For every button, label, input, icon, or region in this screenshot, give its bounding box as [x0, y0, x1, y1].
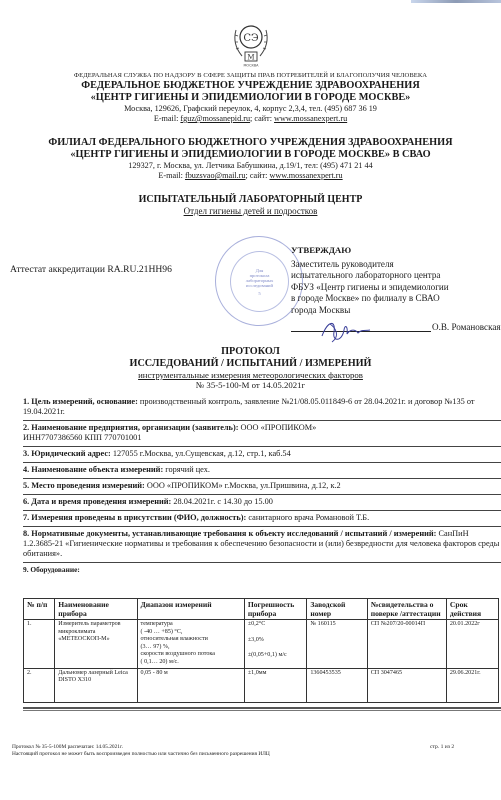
error-line: ±(0,05+0,1) м/с — [248, 652, 304, 660]
org-site-link[interactable]: www.mossanexpert.ru — [274, 114, 347, 123]
table-header-row: № п/п Наименование прибора Диапазон изме… — [24, 599, 499, 620]
section-value: горячий цех. — [163, 465, 210, 474]
approval-line: Заместитель руководителя — [291, 259, 491, 271]
branch-contacts: E-mail: fbuzsvao@mail.ru; сайт: www.moss… — [0, 171, 501, 181]
col-header-range: Диапазон измерений — [137, 599, 244, 620]
section-location: 5. Место проведения измерений: ООО «ПРОП… — [23, 479, 501, 495]
lab-stamp: Для протокола лабораторных исследований … — [215, 236, 303, 326]
stamp-text: исследований — [246, 283, 273, 288]
col-header-certificate: №свидетельства о поверке /аттестации — [367, 599, 446, 620]
stamp-center: Для протокола лабораторных исследований … — [230, 251, 289, 312]
cell-valid-until: 29.06.2021г. — [446, 668, 498, 702]
approval-line: испытательного лабораторного центра — [291, 270, 491, 282]
protocol-sections: 1. Цель измерений, основание: производст… — [23, 395, 501, 575]
cell-num: 2. — [24, 668, 55, 702]
cell-range: 0,05 - 80 м — [137, 668, 244, 702]
lab-department: Отдел гигиены детей и подростков — [0, 206, 501, 217]
branch-email-link[interactable]: fbuzsvao@mail.ru — [185, 171, 246, 180]
footer-printed: Протокол № 35-5-100М распечатан: 14.05.2… — [12, 744, 270, 751]
range-line: относительная влажности — [141, 636, 241, 644]
branch-site-link[interactable]: www.mossanexpert.ru — [269, 171, 342, 180]
site-label: ; сайт: — [246, 171, 270, 180]
cell-name: Измеритель параметров микроклимата «МЕТЕ… — [55, 620, 137, 669]
section-regulations: 8. Нормативные документы, устанавливающи… — [23, 527, 501, 563]
cell-serial: № 160115 — [307, 620, 367, 669]
email-label: E-mail: — [154, 114, 181, 123]
section-value: ООО «ПРОПИКОМ» г.Москва, ул.Пришвина, д.… — [145, 481, 341, 490]
signer-name: О.В. Романовская — [432, 322, 501, 332]
svg-text:CЭ: CЭ — [243, 33, 259, 44]
section-label: 3. Юридический адрес: — [23, 449, 111, 458]
site-label: ; сайт: — [250, 114, 274, 123]
svg-text:МОСКВА: МОСКВА — [243, 64, 259, 68]
cell-name: Дальномер лазерный Leica DISTO X310 — [55, 668, 137, 702]
range-line: ( 0,1… 20) м/с. — [141, 659, 241, 667]
cell-num: 1. — [24, 620, 55, 669]
error-line: ±3,0% — [248, 637, 304, 645]
branch-header: ФИЛИАЛ ФЕДЕРАЛЬНОГО БЮДЖЕТНОГО УЧРЕЖДЕНИ… — [0, 137, 501, 181]
section-label: 7. Измерения проведены в присутствии (ФИ… — [23, 513, 246, 522]
section-label: 1. Цель измерений, основание: — [23, 397, 138, 406]
lab-header: ИСПЫТАТЕЛЬНЫЙ ЛАБОРАТОРНЫЙ ЦЕНТР Отдел г… — [0, 194, 501, 217]
approval-title: УТВЕРЖДАЮ — [291, 245, 491, 257]
footer-notice: Настоящий протокол не может быть воспрои… — [12, 751, 270, 758]
section-purpose: 1. Цель измерений, основание: производст… — [23, 395, 501, 421]
table-row: 2. Дальномер лазерный Leica DISTO X310 0… — [24, 668, 499, 702]
col-header-error: Погрешность прибора — [244, 599, 307, 620]
table-row: 1. Измеритель параметров микроклимата «М… — [24, 620, 499, 669]
applicant-tax-ids: ИНН7707386560 КПП 770701001 — [23, 433, 501, 443]
section-datetime: 6. Дата и время проведения измерений: 28… — [23, 495, 501, 511]
col-header-name: Наименование прибора — [55, 599, 137, 620]
accreditation-certificate: Аттестат аккредитации RA.RU.21НН96 — [10, 264, 172, 275]
section-label: 6. Дата и время проведения измерений: — [23, 497, 171, 506]
cell-error: ±1,0мм — [244, 668, 307, 702]
protocol-subtitle: ИССЛЕДОВАНИЙ / ИСПЫТАНИЙ / ИЗМЕРЕНИЙ — [0, 358, 501, 370]
org-address: Москва, 129626, Графский переулок, 4, ко… — [0, 104, 501, 114]
section-value: ООО «ПРОПИКОМ» — [238, 423, 316, 432]
range-line: ( -40 … +85) °С, — [141, 629, 241, 637]
org-name-line2: «ЦЕНТР ГИГИЕНЫ И ЭПИДЕМИОЛОГИИ В ГОРОДЕ … — [0, 92, 501, 104]
error-line: ±0,2°С — [248, 621, 304, 629]
protocol-title: ПРОТОКОЛ — [0, 346, 501, 358]
section-label: 4. Наименование объекта измерений: — [23, 465, 163, 474]
branch-name-line1: ФИЛИАЛ ФЕДЕРАЛЬНОГО БЮДЖЕТНОГО УЧРЕЖДЕНИ… — [0, 137, 501, 149]
cell-valid-until: 20.01.2022г — [446, 620, 498, 669]
federal-service-name: ФЕДЕРАЛЬНАЯ СЛУЖБА ПО НАДЗОРУ В СФЕРЕ ЗА… — [0, 72, 501, 79]
section-legal-address: 3. Юридический адрес: 127055 г.Москва, у… — [23, 447, 501, 463]
emblem-logo-icon: CЭ М МОСКВА — [230, 22, 272, 68]
col-header-valid: Срок действия — [446, 599, 498, 620]
org-contacts: E-mail: fguz@mossanepid.ru; сайт: www.mo… — [0, 114, 501, 124]
divider — [23, 710, 501, 711]
equipment-table: № п/п Наименование прибора Диапазон изме… — [23, 598, 499, 703]
section-label: 2. Наименование предприятия, организации… — [23, 423, 238, 432]
section-equipment: 9. Оборудование: — [23, 563, 501, 575]
svg-text:М: М — [247, 54, 254, 62]
section-value: санитарного врача Романовой Т.Б. — [246, 513, 369, 522]
page-footer: Протокол № 35-5-100М распечатан: 14.05.2… — [12, 744, 270, 757]
cell-certificate: СП 3047465 — [367, 668, 446, 702]
protocol-title-block: ПРОТОКОЛ ИССЛЕДОВАНИЙ / ИСПЫТАНИЙ / ИЗМЕ… — [0, 346, 501, 390]
cell-serial: 1360453535 — [307, 668, 367, 702]
approval-line: в городе Москве» по филиалу в СВАО — [291, 293, 491, 305]
protocol-number: № 35-5-100-М от 14.05.2021г — [0, 380, 501, 390]
range-line: температура — [141, 621, 241, 629]
page-number: стр. 1 из 2 — [430, 744, 454, 750]
section-value: 127055 г.Москва, ул.Сущевская, д.12, стр… — [111, 449, 291, 458]
section-object: 4. Наименование объекта измерений: горяч… — [23, 463, 501, 479]
signature-mark-icon — [318, 318, 373, 344]
col-header-num: № п/п — [24, 599, 55, 620]
org-name-line1: ФЕДЕРАЛЬНОЕ БЮДЖЕТНОЕ УЧРЕЖДЕНИЕ ЗДРАВОО… — [0, 80, 501, 92]
scan-edge-artifact — [411, 0, 501, 3]
approval-block: УТВЕРЖДАЮ Заместитель руководителя испыт… — [291, 245, 491, 316]
branch-address: 129327, г. Москва, ул. Летчика Бабушкина… — [0, 161, 501, 171]
range-line: скорости воздушного потока — [141, 651, 241, 659]
protocol-type: инструментальные измерения метеорологиче… — [0, 370, 501, 380]
approval-line: ФБУЗ «Центр гигиены и эпидемиологии — [291, 282, 491, 294]
branch-name-line2: «ЦЕНТР ГИГИЕНЫ И ЭПИДЕМИОЛОГИИ В ГОРОДЕ … — [0, 149, 501, 161]
section-label: 5. Место проведения измерений: — [23, 481, 145, 490]
email-label: E-mail: — [158, 171, 185, 180]
section-label: 8. Нормативные документы, устанавливающи… — [23, 529, 436, 538]
org-email-link[interactable]: fguz@mossanepid.ru — [180, 114, 250, 123]
section-presence: 7. Измерения проведены в присутствии (ФИ… — [23, 511, 501, 527]
divider — [23, 707, 501, 709]
section-label: 9. Оборудование: — [23, 565, 80, 574]
approval-line: города Москвы — [291, 305, 491, 317]
range-line: (3… 97) %, — [141, 644, 241, 652]
lab-title: ИСПЫТАТЕЛЬНЫЙ ЛАБОРАТОРНЫЙ ЦЕНТР — [0, 194, 501, 206]
organization-header: ФЕДЕРАЛЬНОЕ БЮДЖЕТНОЕ УЧРЕЖДЕНИЕ ЗДРАВОО… — [0, 80, 501, 124]
cell-certificate: СП №207/20-00014П — [367, 620, 446, 669]
cell-error: ±0,2°С ±3,0% ±(0,05+0,1) м/с — [244, 620, 307, 669]
stamp-number: 5 — [258, 291, 260, 296]
section-value: 28.04.2021г. с 14.30 до 15.00 — [171, 497, 273, 506]
cell-range: температура ( -40 … +85) °С, относительн… — [137, 620, 244, 669]
section-applicant: 2. Наименование предприятия, организации… — [23, 421, 501, 447]
col-header-serial: Заводской номер — [307, 599, 367, 620]
